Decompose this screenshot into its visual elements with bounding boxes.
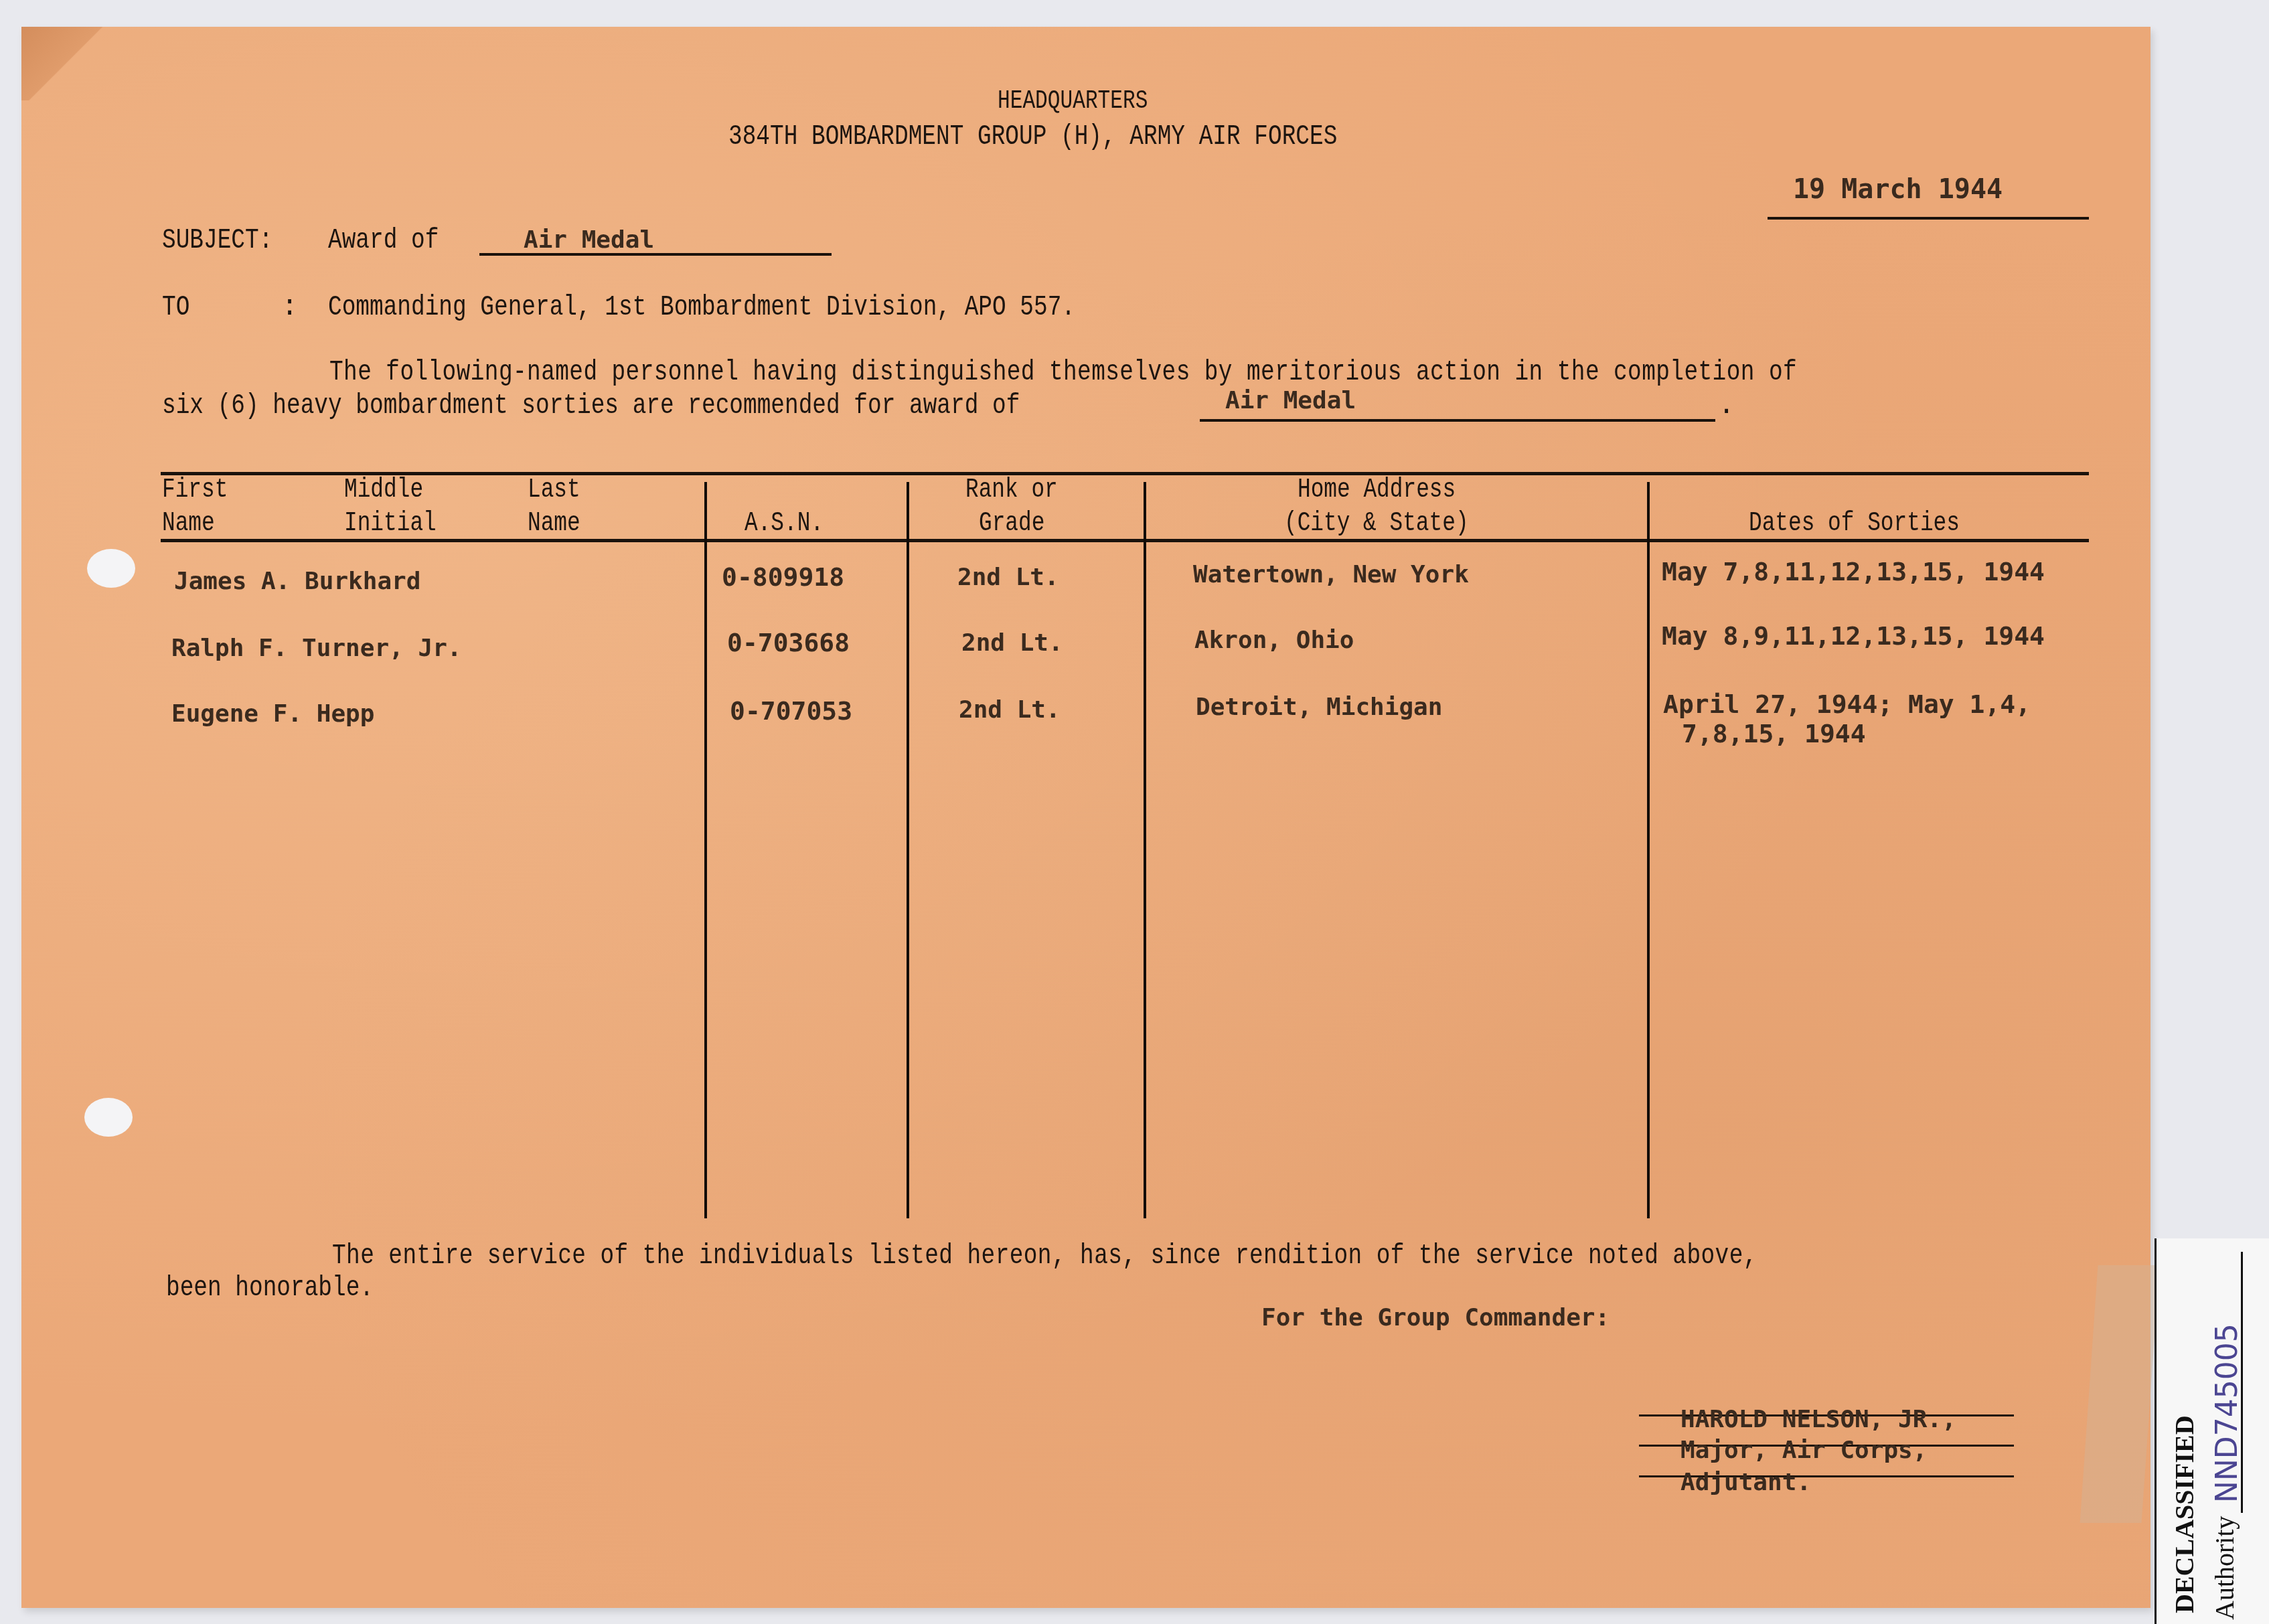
header-address-2: (City & State)	[1284, 509, 1469, 539]
body-line-2-suffix: .	[1718, 390, 1735, 422]
body-award-value: Air Medal	[1225, 387, 1356, 414]
to-colon: :	[281, 291, 298, 323]
header-last-name-1: Last	[528, 475, 580, 505]
closing-line-1: The entire service of the individuals li…	[332, 1240, 1757, 1272]
authority-rule	[2241, 1252, 2243, 1513]
table-header-rule	[161, 539, 2089, 542]
row-rank: 2nd Lt.	[961, 629, 1063, 657]
row-asn: 0-703668	[727, 628, 850, 657]
declassified-authority-label: Authority	[2209, 1516, 2240, 1620]
body-line-2-prefix: six (6) heavy bombardment sorties are re…	[162, 390, 1020, 422]
subject-label: SUBJECT:	[162, 224, 272, 256]
declassified-title: DECLASSIFIED	[2169, 1415, 2200, 1613]
signature-rank: Major, Air Corps,	[1680, 1437, 1927, 1464]
header-middle-initial-2: Initial	[344, 509, 437, 539]
header-first-name-2: Name	[162, 509, 215, 539]
column-divider-address	[1144, 482, 1146, 1218]
header-rank-2: Grade	[979, 509, 1044, 539]
row-name: James A. Burkhard	[174, 568, 420, 595]
header-last-name-2: Name	[528, 509, 580, 539]
to-label: TO	[162, 291, 189, 323]
subject-value: Air Medal	[524, 226, 654, 254]
header-first-name-1: First	[162, 475, 228, 505]
row-address: Detroit, Michigan	[1196, 694, 1442, 721]
signature-for-line: For the Group Commander:	[1261, 1304, 1610, 1331]
date-underline	[1768, 217, 2089, 220]
row-rank: 2nd Lt.	[959, 696, 1061, 724]
punch-hole-bottom	[84, 1098, 133, 1137]
body-line-1: The following-named personnel having dis…	[329, 356, 1797, 388]
header-dates: Dates of Sorties	[1749, 509, 1960, 539]
folded-corner	[21, 27, 108, 100]
to-value: Commanding General, 1st Bombardment Divi…	[328, 291, 1075, 323]
row-dates-1: April 27, 1944; May 1,4,	[1663, 689, 2031, 719]
award-underline	[1200, 419, 1715, 422]
header-address-1: Home Address	[1298, 475, 1456, 505]
signature-title: Adjutant.	[1680, 1469, 1811, 1496]
header-asn: A.S.N.	[745, 509, 824, 539]
row-dates-2: 7,8,15, 1944	[1682, 719, 1866, 748]
document-paper	[21, 27, 2150, 1608]
row-dates-1: May 7,8,11,12,13,15, 1944	[1662, 557, 2045, 586]
row-rank: 2nd Lt.	[957, 564, 1059, 591]
header-rank-1: Rank or	[965, 475, 1058, 505]
declassified-stamp: DECLASSIFIED Authority NND745005	[2155, 1238, 2269, 1624]
row-dates-1: May 8,9,11,12,13,15, 1944	[1662, 621, 2045, 651]
row-address: Akron, Ohio	[1194, 627, 1354, 654]
column-divider-dates	[1647, 482, 1650, 1218]
closing-line-2: been honorable.	[166, 1272, 374, 1304]
header-line-1: HEADQUARTERS	[998, 87, 1148, 116]
row-asn: 0-707053	[730, 696, 852, 726]
declassified-authority-number: NND745005	[2210, 1323, 2244, 1503]
header-line-2: 384TH BOMBARDMENT GROUP (H), ARMY AIR FO…	[728, 120, 1337, 153]
subject-underline	[479, 253, 832, 256]
column-divider-rank	[907, 482, 909, 1218]
document-date: 19 March 1944	[1793, 174, 2003, 205]
subject-prefix: Award of	[328, 224, 439, 256]
table-top-rule	[161, 472, 2089, 475]
row-name: Ralph F. Turner, Jr.	[171, 635, 461, 662]
signature-name: HAROLD NELSON, JR.,	[1680, 1406, 1956, 1433]
row-name: Eugene F. Hepp	[171, 700, 374, 728]
punch-hole-top	[87, 549, 135, 588]
row-address: Watertown, New York	[1193, 561, 1469, 588]
row-asn: 0-809918	[722, 562, 844, 592]
column-divider-asn	[704, 482, 707, 1218]
header-middle-initial-1: Middle	[344, 475, 423, 505]
